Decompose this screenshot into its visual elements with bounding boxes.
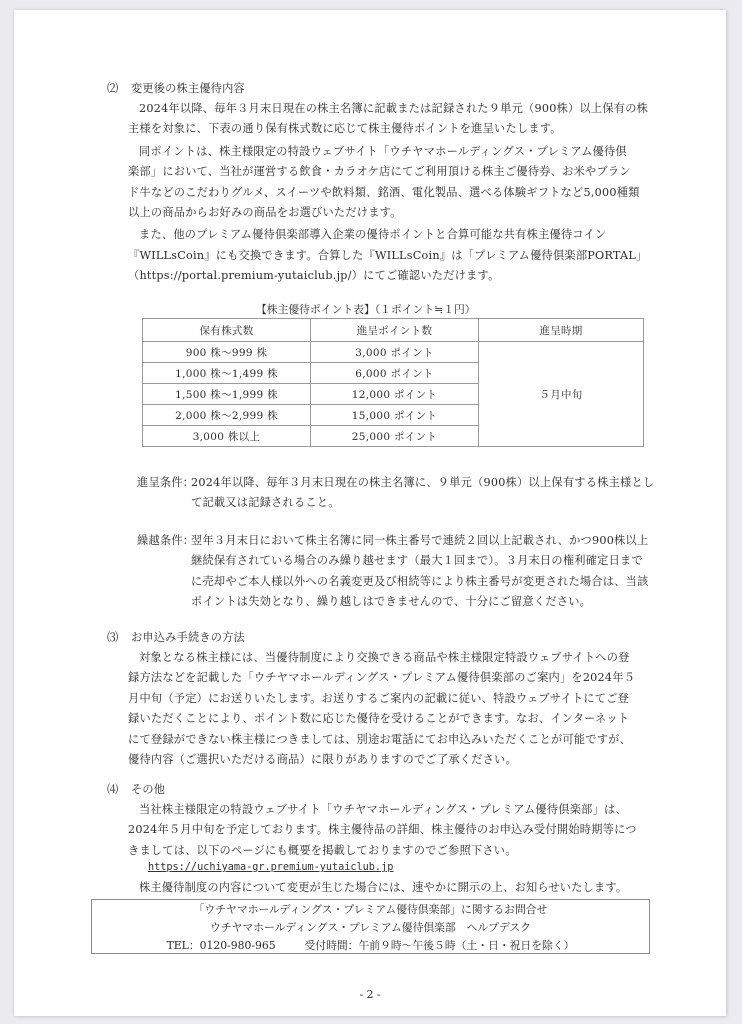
cell-shares: 1,500 株～1,999 株	[143, 384, 311, 405]
section3-heading: ⑶お申込み手続きの方法	[107, 628, 245, 648]
cell-points: 15,000 ポイント	[311, 405, 479, 426]
header-points: 進呈ポイント数	[311, 319, 479, 342]
contact-hours: 受付時間：午前９時～午後５時（土・日・祝日を除く）	[305, 939, 575, 952]
carryover-condition-line: 継続保有されている場合のみ繰り越せます（最大１回まで）。３月末日の権利確定日まで	[191, 551, 649, 571]
header-timing: 進呈時期	[479, 319, 644, 342]
section2-p1-line1: 2024年以降、毎年３月末日現在の株主名簿に記載または記録された９単元（900株…	[128, 99, 648, 119]
section2-p2-line2: 楽部」において、当社が運営する飲食・カラオケ店にてご利用頂ける株主ご優待券、お米…	[128, 162, 648, 182]
section4-number: ⑷	[107, 780, 131, 800]
presentation-condition-line: て記載又は記録されること。	[191, 493, 654, 513]
section4-note: 株主優待制度の内容について変更が生じた場合には、速やかに開示の上、お知らせいたし…	[139, 878, 627, 898]
section2-body: 2024年以降、毎年３月末日現在の株主名簿に記載または記録された９単元（900株…	[128, 99, 648, 287]
section2-p3-line3: （https://portal.premium-yutaiclub.jp/）にて…	[128, 266, 648, 286]
section2-p3-line2: 『WILLsCoin』にも交換できます。合算した『WILLsCoin』は「プレミ…	[128, 246, 648, 266]
cell-points: 12,000 ポイント	[311, 384, 479, 405]
cell-shares: 1,000 株～1,499 株	[143, 363, 311, 384]
cell-shares: 3,000 株以上	[143, 426, 311, 447]
section3-line: 録方法などを記載した「ウチヤマホールディングス・プレミアム優待倶楽部のご案内」を…	[128, 668, 635, 688]
yutai-club-link[interactable]: https://uchiyama-gr.premium-yutaiclub.jp	[148, 862, 393, 873]
section2-p2-line4: 以上の商品からお好みの商品をお選びいただけます。	[128, 203, 648, 223]
section2-number: ⑵	[107, 79, 131, 99]
presentation-condition-label: 進呈条件：	[137, 473, 194, 493]
carryover-condition-label: 繰越条件：	[137, 531, 194, 551]
section3-body: 対象となる株主様には、当優待制度により交換できる商品や株主様限定特設ウェブサイト…	[128, 648, 635, 770]
section4-line: きましては、以下のページにも概要を掲載しておりますのでご参照下さい。	[128, 841, 637, 861]
section3-number: ⑶	[107, 628, 131, 648]
page-number: - 2 -	[14, 988, 726, 1001]
points-table: 保有株式数 進呈ポイント数 進呈時期 900 株～999 株 3,000 ポイン…	[142, 318, 644, 447]
cell-points: 6,000 ポイント	[311, 363, 479, 384]
carryover-condition-line: に売却やご本人様以外への名義変更及び相続等により株主番号が変更された場合は、当該	[191, 572, 649, 592]
section2-p2-line3: ド牛などのこだわりグルメ、スイーツや飲料類、銘酒、電化製品、選べる体験ギフトなど…	[128, 183, 648, 203]
section3-title: お申込み手続きの方法	[131, 631, 245, 644]
cell-points: 3,000 ポイント	[311, 342, 479, 363]
contact-tel-hours: TEL：0120-980-965 受付時間：午前９時～午後５時（土・日・祝日を除…	[92, 937, 649, 955]
section3-line: 月中旬（予定）にお送りいたします。お送りするご案内の記載に従い、特設ウェブサイト…	[128, 689, 635, 709]
cell-shares: 900 株～999 株	[143, 342, 311, 363]
table-row: 900 株～999 株 3,000 ポイント ５月中旬	[143, 342, 644, 363]
header-shares: 保有株式数	[143, 319, 311, 342]
cell-points: 25,000 ポイント	[311, 426, 479, 447]
section4-heading: ⑷その他	[107, 780, 165, 800]
section4-body: 当社株主様限定の特設ウェブサイト「ウチヤマホールディングス・プレミアム優待倶楽部…	[128, 800, 637, 861]
section2-p2-line1: 同ポイントは、株主様限定の特設ウェブサイト「ウチヤマホールディングス・プレミアム…	[128, 142, 648, 162]
table-header-row: 保有株式数 進呈ポイント数 進呈時期	[143, 319, 644, 342]
carryover-condition-line: ポイントは失効となり、繰り越しはできませんので、十分にご留意ください。	[191, 592, 649, 612]
cell-shares: 2,000 株～2,999 株	[143, 405, 311, 426]
table-caption: 【株主優待ポイント表】（１ポイント≒１円）	[256, 302, 476, 317]
section4-title: その他	[131, 783, 165, 796]
contact-box: 「ウチヤマホールディングス・プレミアム優待倶楽部」に関するお問合せ ウチヤマホー…	[91, 899, 650, 954]
document-page: ⑵変更後の株主優待内容 2024年以降、毎年３月末日現在の株主名簿に記載または記…	[14, 10, 726, 1016]
presentation-condition-line: 2024年以降、毎年３月末日現在の株主名簿に、９単元（900株）以上保有する株主…	[191, 473, 654, 493]
contact-title: 「ウチヤマホールディングス・プレミアム優待倶楽部」に関するお問合せ	[92, 901, 649, 919]
section2-p3-line1: また、他のプレミアム優待倶楽部導入企業の優待ポイントと合算可能な共有株主優待コイ…	[128, 225, 648, 245]
section3-line: 対象となる株主様には、当優待制度により交換できる商品や株主様限定特設ウェブサイト…	[128, 648, 635, 668]
contact-helpdesk: ウチヤマホールディングス・プレミアム優待倶楽部 ヘルプデスク	[92, 919, 649, 937]
section3-line: 録いただくことにより、ポイント数に応じた優待を受けることができます。なお、インタ…	[128, 709, 635, 729]
section2-p1-line2: 主様を対象に、下表の通り保有株式数に応じて株主優待ポイントを進呈いたします。	[128, 119, 648, 139]
section2-title: 変更後の株主優待内容	[131, 82, 245, 95]
section3-line: にて登録ができない株主様につきましては、別途お電話にてお申込みいただくことが可能…	[128, 730, 635, 750]
contact-tel: TEL：0120-980-965	[167, 939, 276, 952]
section4-line: 当社株主様限定の特設ウェブサイト「ウチヤマホールディングス・プレミアム優待倶楽部…	[128, 800, 637, 820]
section4-line: 2024年５月中旬を予定しております。株主優待品の詳細、株主優待のお申込み受付開…	[128, 820, 637, 840]
section3-line: 優待内容（ご選択いただける商品）に限りがありますのでご了承ください。	[128, 750, 635, 770]
carryover-condition-line: 翌年３月末日において株主名簿に同一株主番号で連続２回以上記載され、かつ900株以…	[191, 531, 649, 551]
section2-heading: ⑵変更後の株主優待内容	[107, 79, 245, 99]
cell-timing: ５月中旬	[479, 342, 644, 447]
